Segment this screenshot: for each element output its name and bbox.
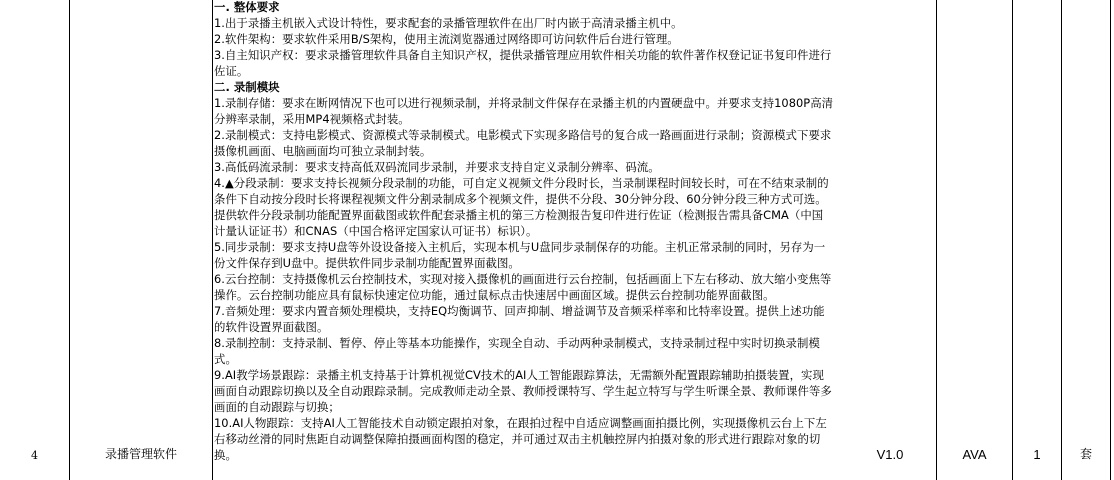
spec-item: 3.高低码流录制：要求支持高低双码流同步录制，并要求支持自定义录制分辨率、码流。 bbox=[214, 159, 834, 175]
row-index: 4 bbox=[31, 449, 38, 462]
spec-item: 9.AI教学场景跟踪：录播主机支持基于计算机视觉CV技术的AI人工智能跟踪算法，… bbox=[214, 367, 834, 415]
brand: AVA bbox=[962, 447, 986, 462]
spec-item: 8.录制控制：支持录制、暂停、停止等基本功能操作，实现全自动、手动两种录制模式，… bbox=[214, 335, 834, 367]
product-name-cell[interactable]: 录播管理软件 bbox=[70, 0, 212, 480]
column-divider bbox=[1110, 0, 1111, 480]
spec-heading: 一. 整体要求 bbox=[214, 0, 834, 15]
spec-item: 2.录制模式：支持电影模式、资源模式等录制模式。电影模式下实现多路信号的复合成一… bbox=[214, 127, 834, 159]
spec-table: 4 录播管理软件 一. 整体要求 1.出于录播主机嵌入式设计特性，要求配套的录播… bbox=[0, 0, 1114, 480]
spec-item: 5.同步录制：要求支持U盘等外设设备接入主机后，实现本机与U盘同步录制保存的功能… bbox=[214, 239, 834, 271]
spec-item: 3.自主知识产权：要求录播管理软件具备自主知识产权，提供录播管理应用软件相关功能… bbox=[214, 47, 834, 79]
version: V1.0 bbox=[877, 447, 904, 462]
row-index-cell[interactable]: 4 bbox=[0, 0, 69, 480]
version-cell[interactable]: V1.0 bbox=[850, 0, 930, 480]
spec-heading: 二. 录制模块 bbox=[214, 79, 834, 95]
spec-item: 6.云台控制：支持摄像机云台控制技术，实现对接入摄像机的画面进行云台控制，包括画… bbox=[214, 271, 834, 303]
spec-item: 2.软件架构：要求软件采用B/S架构，使用主流浏览器通过网络即可访问软件后台进行… bbox=[214, 31, 834, 47]
quantity-cell[interactable]: 1 bbox=[1013, 0, 1061, 480]
brand-cell[interactable]: AVA bbox=[937, 0, 1012, 480]
quantity: 1 bbox=[1033, 447, 1040, 462]
spec-item: 4.▲分段录制：要求支持长视频分段录制的功能，可自定义视频文件分段时长，当录制课… bbox=[214, 175, 834, 239]
spec-item: 1.录制存储：要求在断网情况下也可以进行视频录制，并将录制文件保存在录播主机的内… bbox=[214, 95, 834, 127]
product-name: 录播管理软件 bbox=[105, 445, 177, 462]
spec-item: 1.出于录播主机嵌入式设计特性，要求配套的录播管理软件在出厂时内嵌于高清录播主机… bbox=[214, 15, 834, 31]
column-divider bbox=[212, 0, 213, 480]
unit-cell[interactable]: 套 bbox=[1062, 0, 1110, 480]
spec-item: 7.音频处理：要求内置音频处理模块，支持EQ均衡调节、回声抑制、增益调节及音频采… bbox=[214, 303, 834, 335]
spec-description-cell[interactable]: 一. 整体要求 1.出于录播主机嵌入式设计特性，要求配套的录播管理软件在出厂时内… bbox=[214, 0, 834, 463]
unit: 套 bbox=[1080, 445, 1092, 462]
spec-item: 10.AI人物跟踪：支持AI人工智能技术自动锁定跟拍对象，在跟拍过程中自适应调整… bbox=[214, 415, 834, 463]
